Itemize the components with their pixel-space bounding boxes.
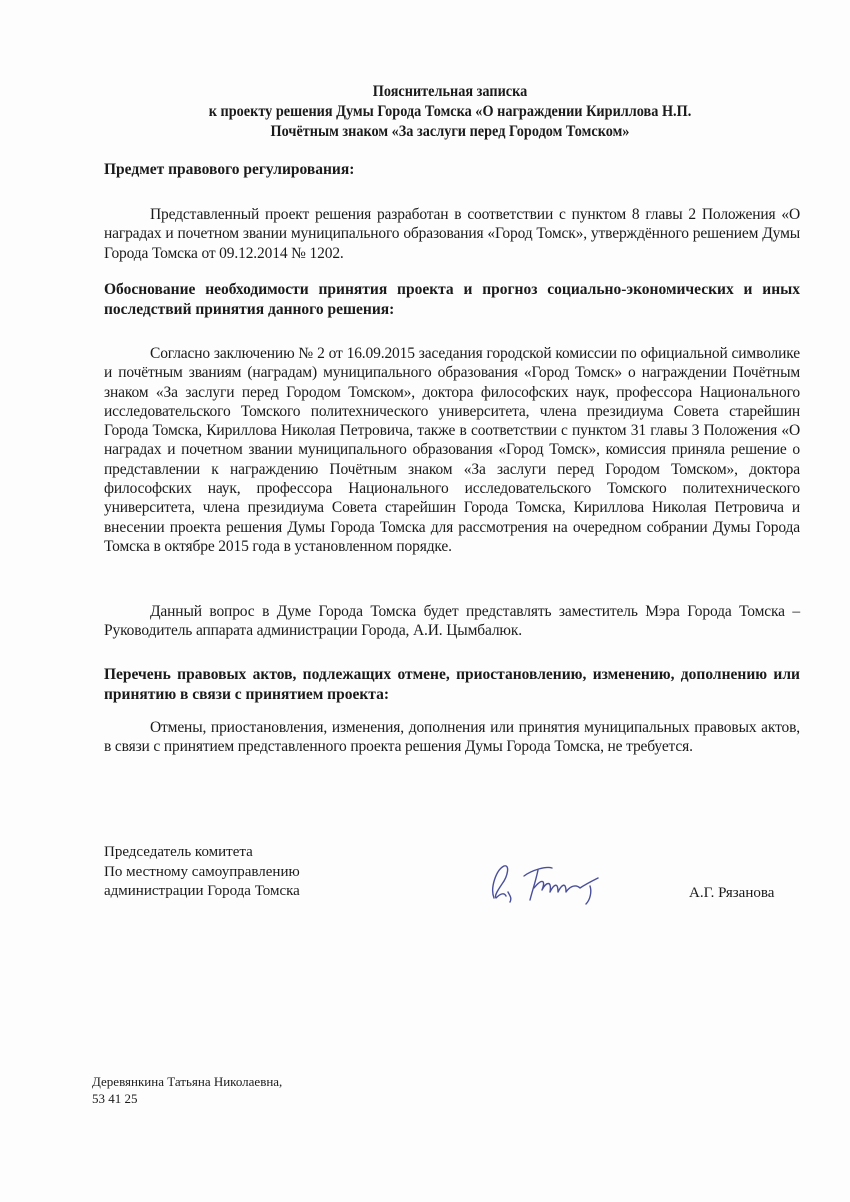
executor-info: Деревянкина Татьяна Николаевна, 53 41 25 bbox=[92, 1074, 282, 1107]
handwritten-signature bbox=[486, 858, 616, 910]
document-page: Пояснительная записка к проекту решения … bbox=[0, 0, 850, 1202]
title-line-2: к проекту решения Думы Города Томска «О … bbox=[128, 102, 772, 122]
section-heading-justification: Обоснование необходимости принятия проек… bbox=[104, 280, 800, 320]
signatory-name: А.Г. Рязанова bbox=[689, 884, 774, 904]
section-heading-subject: Предмет правового регулирования: bbox=[104, 160, 800, 180]
section-heading-legal-acts: Перечень правовых актов, подлежащих отме… bbox=[104, 665, 800, 705]
paragraph-justification: Согласно заключению № 2 от 16.09.2015 за… bbox=[104, 344, 800, 556]
paragraph-presenter: Данный вопрос в Думе Города Томска будет… bbox=[104, 602, 800, 641]
document-title: Пояснительная записка к проекту решения … bbox=[128, 82, 772, 142]
signatory-position-line-2: По местному самоуправлению bbox=[104, 863, 300, 883]
paragraph-subject: Представленный проект решения разработан… bbox=[104, 205, 800, 263]
paragraph-legal-acts: Отмены, приостановления, изменения, допо… bbox=[104, 718, 800, 757]
signatory-position-line-1: Председатель комитета bbox=[104, 843, 300, 863]
title-line-3: Почётным знаком «За заслуги перед Городо… bbox=[128, 122, 772, 142]
title-line-1: Пояснительная записка bbox=[128, 82, 772, 102]
executor-name: Деревянкина Татьяна Николаевна, bbox=[92, 1074, 282, 1091]
signatory-position-line-3: администрации Города Томска bbox=[104, 882, 300, 902]
executor-phone: 53 41 25 bbox=[92, 1091, 282, 1108]
signatory-position: Председатель комитета По местному самоуп… bbox=[104, 843, 300, 902]
